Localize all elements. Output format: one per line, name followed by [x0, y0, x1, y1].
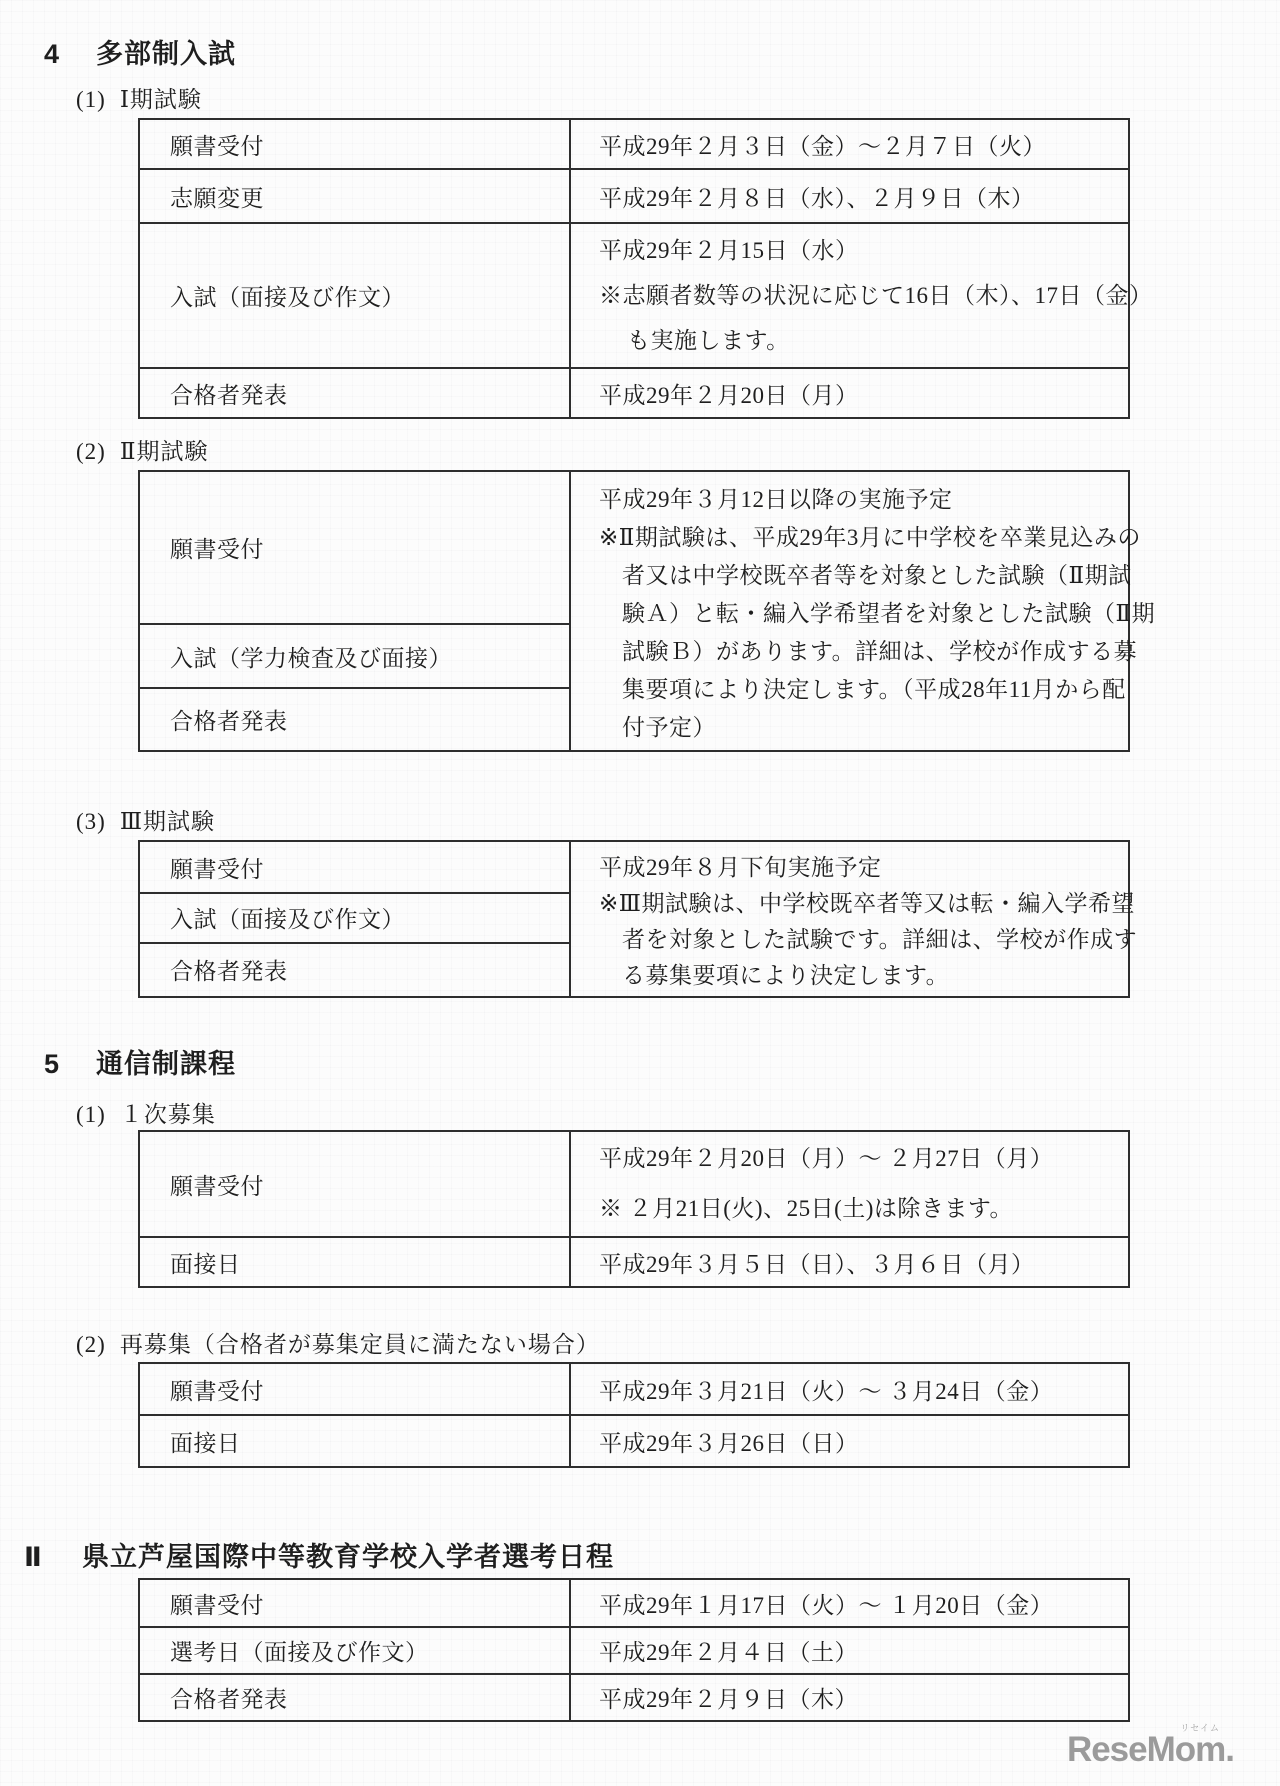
table-row: 願書受付 平成29年８月下旬実施予定 ※Ⅲ期試験は、中学校既卒者等又は転・編入学…	[139, 841, 1129, 893]
value-line: 平成29年８月下旬実施予定	[599, 850, 1118, 886]
row-label: 合格者発表	[139, 1674, 570, 1721]
value-line: 平成29年３月12日以降の実施予定	[599, 481, 1118, 519]
row-label: 願書受付	[139, 1131, 570, 1237]
row-label: 願書受付	[139, 841, 570, 893]
watermark-ruby: リセイム	[1180, 1721, 1220, 1734]
row-label: 願書受付	[139, 1579, 570, 1627]
row-label: 面接日	[139, 1237, 570, 1287]
row-label: 選考日（面接及び作文）	[139, 1627, 570, 1674]
table-row: 願書受付 平成29年１月17日（火）～ １月20日（金）	[139, 1579, 1129, 1627]
subsection-label: (2)	[76, 1332, 106, 1357]
note-line: ※志願者数等の状況に応じて16日（木）、17日（金）	[599, 273, 1118, 318]
note-line: ※ ２月21日(火)、25日(土)は除きます。	[599, 1184, 1118, 1234]
note-line: ※Ⅱ期試験は、平成29年3月に中学校を卒業見込みの	[599, 519, 1118, 557]
subsection-label: (3)	[76, 809, 106, 834]
note-line: ※Ⅲ期試験は、中学校既卒者等又は転・編入学希望	[599, 886, 1118, 922]
section-heading-ashiya: Ⅱ県立芦屋国際中等教育学校入学者選考日程	[24, 1541, 614, 1573]
section-title: 通信制課程	[96, 1049, 236, 1079]
row-label: 願書受付	[139, 471, 570, 624]
subsection-heading-period1: (1)Ⅰ期試験	[76, 86, 202, 114]
table-row: 志願変更 平成29年２月８日（水）、２月９日（木）	[139, 169, 1129, 223]
subsection-title: 再募集（合格者が募集定員に満たない場合）	[120, 1332, 600, 1357]
note-line: 試験Ｂ）があります。詳細は、学校が作成する募	[599, 633, 1118, 671]
table-row: 選考日（面接及び作文） 平成29年２月４日（土）	[139, 1627, 1129, 1674]
merged-note-cell: 平成29年３月12日以降の実施予定 ※Ⅱ期試験は、平成29年3月に中学校を卒業見…	[570, 471, 1129, 751]
row-value: 平成29年１月17日（火）～ １月20日（金）	[570, 1579, 1129, 1627]
table-row: 面接日 平成29年３月26日（日）	[139, 1415, 1129, 1467]
row-label: 入試（面接及び作文）	[139, 893, 570, 943]
note-line: る募集要項により決定します。	[599, 958, 1118, 994]
row-value: 平成29年３月26日（日）	[570, 1415, 1129, 1467]
row-value: 平成29年２月４日（土）	[570, 1627, 1129, 1674]
note-line: 付予定）	[599, 709, 1118, 747]
subsection-heading-re-recruit: (2)再募集（合格者が募集定員に満たない場合）	[76, 1331, 600, 1359]
section-heading-multi-part: 4多部制入試	[44, 38, 236, 70]
subsection-heading-period2: (2)Ⅱ期試験	[76, 438, 208, 466]
row-label: 入試（学力検査及び面接）	[139, 624, 570, 688]
table-row: 合格者発表 平成29年２月９日（木）	[139, 1674, 1129, 1721]
table-period1: 願書受付 平成29年２月３日（金）～２月７日（火） 志願変更 平成29年２月８日…	[138, 118, 1130, 419]
subsection-heading-first-recruit: (1)１次募集	[76, 1101, 216, 1129]
row-value: 平成29年２月20日（月）	[570, 368, 1129, 418]
section-title: 多部制入試	[96, 39, 236, 69]
document-page: 4多部制入試 (1)Ⅰ期試験 願書受付 平成29年２月３日（金）～２月７日（火）…	[0, 0, 1280, 1786]
subsection-label: (1)	[76, 87, 106, 112]
row-label: 面接日	[139, 1415, 570, 1467]
value-line: 平成29年２月15日（水）	[599, 228, 1118, 273]
row-label: 志願変更	[139, 169, 570, 223]
note-line: 者を対象とした試験です。詳細は、学校が作成す	[599, 922, 1118, 958]
watermark-text: ReseMom.	[1067, 1730, 1234, 1769]
section-heading-correspondence: 5通信制課程	[44, 1048, 236, 1080]
section-number: Ⅱ	[24, 1541, 54, 1573]
value-line: 平成29年２月20日（月）～ ２月27日（月）	[599, 1134, 1118, 1184]
note-line: 験Ａ）と転・編入学希望者を対象とした試験（Ⅱ期	[599, 595, 1118, 633]
row-label: 合格者発表	[139, 943, 570, 997]
merged-note-cell: 平成29年８月下旬実施予定 ※Ⅲ期試験は、中学校既卒者等又は転・編入学希望 者を…	[570, 841, 1129, 997]
subsection-heading-period3: (3)Ⅲ期試験	[76, 808, 215, 836]
subsection-title: Ⅰ期試験	[120, 87, 202, 112]
row-label: 願書受付	[139, 1363, 570, 1415]
table-ashiya: 願書受付 平成29年１月17日（火）～ １月20日（金） 選考日（面接及び作文）…	[138, 1578, 1130, 1722]
table-row: 願書受付 平成29年２月20日（月）～ ２月27日（月） ※ ２月21日(火)、…	[139, 1131, 1129, 1237]
table-re-recruit: 願書受付 平成29年３月21日（火）～ ３月24日（金） 面接日 平成29年３月…	[138, 1362, 1130, 1468]
subsection-label: (1)	[76, 1102, 106, 1127]
table-period3: 願書受付 平成29年８月下旬実施予定 ※Ⅲ期試験は、中学校既卒者等又は転・編入学…	[138, 840, 1130, 998]
table-row: 合格者発表 平成29年２月20日（月）	[139, 368, 1129, 418]
subsection-label: (2)	[76, 439, 106, 464]
subsection-title: Ⅲ期試験	[120, 809, 215, 834]
table-period2: 願書受付 平成29年３月12日以降の実施予定 ※Ⅱ期試験は、平成29年3月に中学…	[138, 470, 1130, 752]
row-value: 平成29年２月20日（月）～ ２月27日（月） ※ ２月21日(火)、25日(土…	[570, 1131, 1129, 1237]
note-line: も実施します。	[599, 318, 1118, 363]
table-first-recruit: 願書受付 平成29年２月20日（月）～ ２月27日（月） ※ ２月21日(火)、…	[138, 1130, 1130, 1288]
row-value: 平成29年２月３日（金）～２月７日（火）	[570, 119, 1129, 169]
table-row: 願書受付 平成29年２月３日（金）～２月７日（火）	[139, 119, 1129, 169]
table-row: 願書受付 平成29年３月21日（火）～ ３月24日（金）	[139, 1363, 1129, 1415]
row-value: 平成29年２月15日（水） ※志願者数等の状況に応じて16日（木）、17日（金）…	[570, 223, 1129, 368]
section-number: 4	[44, 38, 74, 70]
row-label: 願書受付	[139, 119, 570, 169]
section-number: 5	[44, 1048, 74, 1080]
row-label: 入試（面接及び作文）	[139, 223, 570, 368]
section-title: 県立芦屋国際中等教育学校入学者選考日程	[82, 1542, 614, 1572]
row-value: 平成29年２月９日（木）	[570, 1674, 1129, 1721]
table-row: 面接日 平成29年３月５日（日）、３月６日（月）	[139, 1237, 1129, 1287]
row-label: 合格者発表	[139, 688, 570, 751]
note-line: 者又は中学校既卒者等を対象とした試験（Ⅱ期試	[599, 557, 1118, 595]
row-label: 合格者発表	[139, 368, 570, 418]
subsection-title: １次募集	[120, 1102, 216, 1127]
table-row: 入試（面接及び作文） 平成29年２月15日（水） ※志願者数等の状況に応じて16…	[139, 223, 1129, 368]
subsection-title: Ⅱ期試験	[120, 439, 209, 464]
row-value: 平成29年３月21日（火）～ ３月24日（金）	[570, 1363, 1129, 1415]
table-row: 願書受付 平成29年３月12日以降の実施予定 ※Ⅱ期試験は、平成29年3月に中学…	[139, 471, 1129, 624]
note-line: 集要項により決定します。（平成28年11月から配	[599, 671, 1118, 709]
row-value: 平成29年２月８日（水）、２月９日（木）	[570, 169, 1129, 223]
resemom-watermark-logo: リセイム ReseMom.	[1067, 1730, 1234, 1770]
row-value: 平成29年３月５日（日）、３月６日（月）	[570, 1237, 1129, 1287]
